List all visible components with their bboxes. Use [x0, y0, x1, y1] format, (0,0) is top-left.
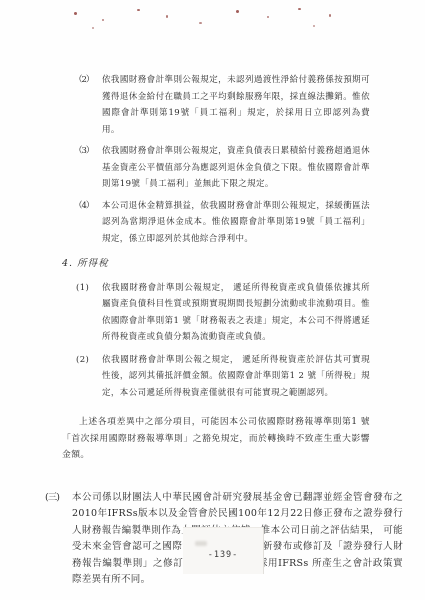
item-text: 依我國財務會計準則公報規定， 遞延所得稅資產或負債係依據其所屬資產負債科目性質或… — [102, 280, 370, 346]
smudge-artifact — [195, 541, 207, 546]
red-mark-artifact — [298, 8, 301, 10]
document-page: （2） 依我國財務會計準則公報規定，未認列過渡性淨給付義務係按預期可獲得退休金給… — [0, 0, 425, 600]
red-mark-artifact — [313, 25, 315, 27]
pension-list-item: （2） 依我國財務會計準則公報規定，未認列過渡性淨給付義務係按預期可獲得退休金給… — [74, 72, 370, 138]
pension-list-item: （4） 本公司退休金精算損益，依我國財務會計準則公報規定，採緩衝區法認列為當期淨… — [74, 198, 370, 248]
page-number: -139- — [183, 550, 263, 560]
item-marker: （3） — [74, 143, 102, 193]
red-mark-artifact — [102, 19, 104, 21]
item-marker: （2） — [74, 72, 102, 138]
red-mark-artifact — [92, 27, 94, 29]
red-mark-artifact — [166, 15, 168, 18]
item-marker: (2) — [76, 352, 102, 402]
red-mark-artifact — [137, 9, 140, 11]
document-body: （2） 依我國財務會計準則公報規定，未認列過渡性淨給付義務係按預期可獲得退休金給… — [0, 72, 425, 589]
red-mark-artifact — [329, 14, 331, 17]
summary-paragraph: 上述各項差異中之部分項目，可能因本公司依國際財務報導準則第1 號「首次採用國際財… — [62, 414, 370, 464]
red-mark-artifact — [236, 10, 239, 13]
income-tax-heading: 4. 所得稅 — [62, 256, 370, 273]
footer-scan-box: -139- — [183, 527, 264, 574]
item-marker: （4） — [74, 198, 102, 248]
item-marker: (1) — [76, 280, 102, 346]
pension-list-item: （3） 依我國財務會計準則公報規定，資產負債表日累積給付義務超過退休基金資產公平… — [74, 143, 370, 193]
item-text: 本公司退休金精算損益，依我國財務會計準則公報規定，採緩衝區法認列為當期淨退休金成… — [102, 198, 370, 248]
tax-list-item: (1) 依我國財務會計準則公報規定， 遞延所得稅資產或負債係依據其所屬資產負債科… — [76, 280, 370, 346]
red-mark-artifact — [74, 12, 77, 15]
tax-list-item: (2) 依我國財務會計準則公報之規定， 遞延所得稅資產於評估其可實現性後，認列其… — [76, 352, 370, 402]
item-text: 依我國財務會計準則公報規定，未認列過渡性淨給付義務係按預期可獲得退休金給付在職員… — [102, 72, 370, 138]
red-mark-artifact — [267, 16, 269, 18]
red-mark-artifact — [199, 22, 202, 24]
item-marker: (三) — [45, 490, 72, 589]
item-text: 依我國財務會計準則公報之規定， 遞延所得稅資產於評估其可實現性後，認列其備抵評價… — [102, 352, 370, 402]
item-text: 依我國財務會計準則公報規定，資產負債表日累積給付義務超過退休基金資產公平價值部分… — [102, 143, 370, 193]
